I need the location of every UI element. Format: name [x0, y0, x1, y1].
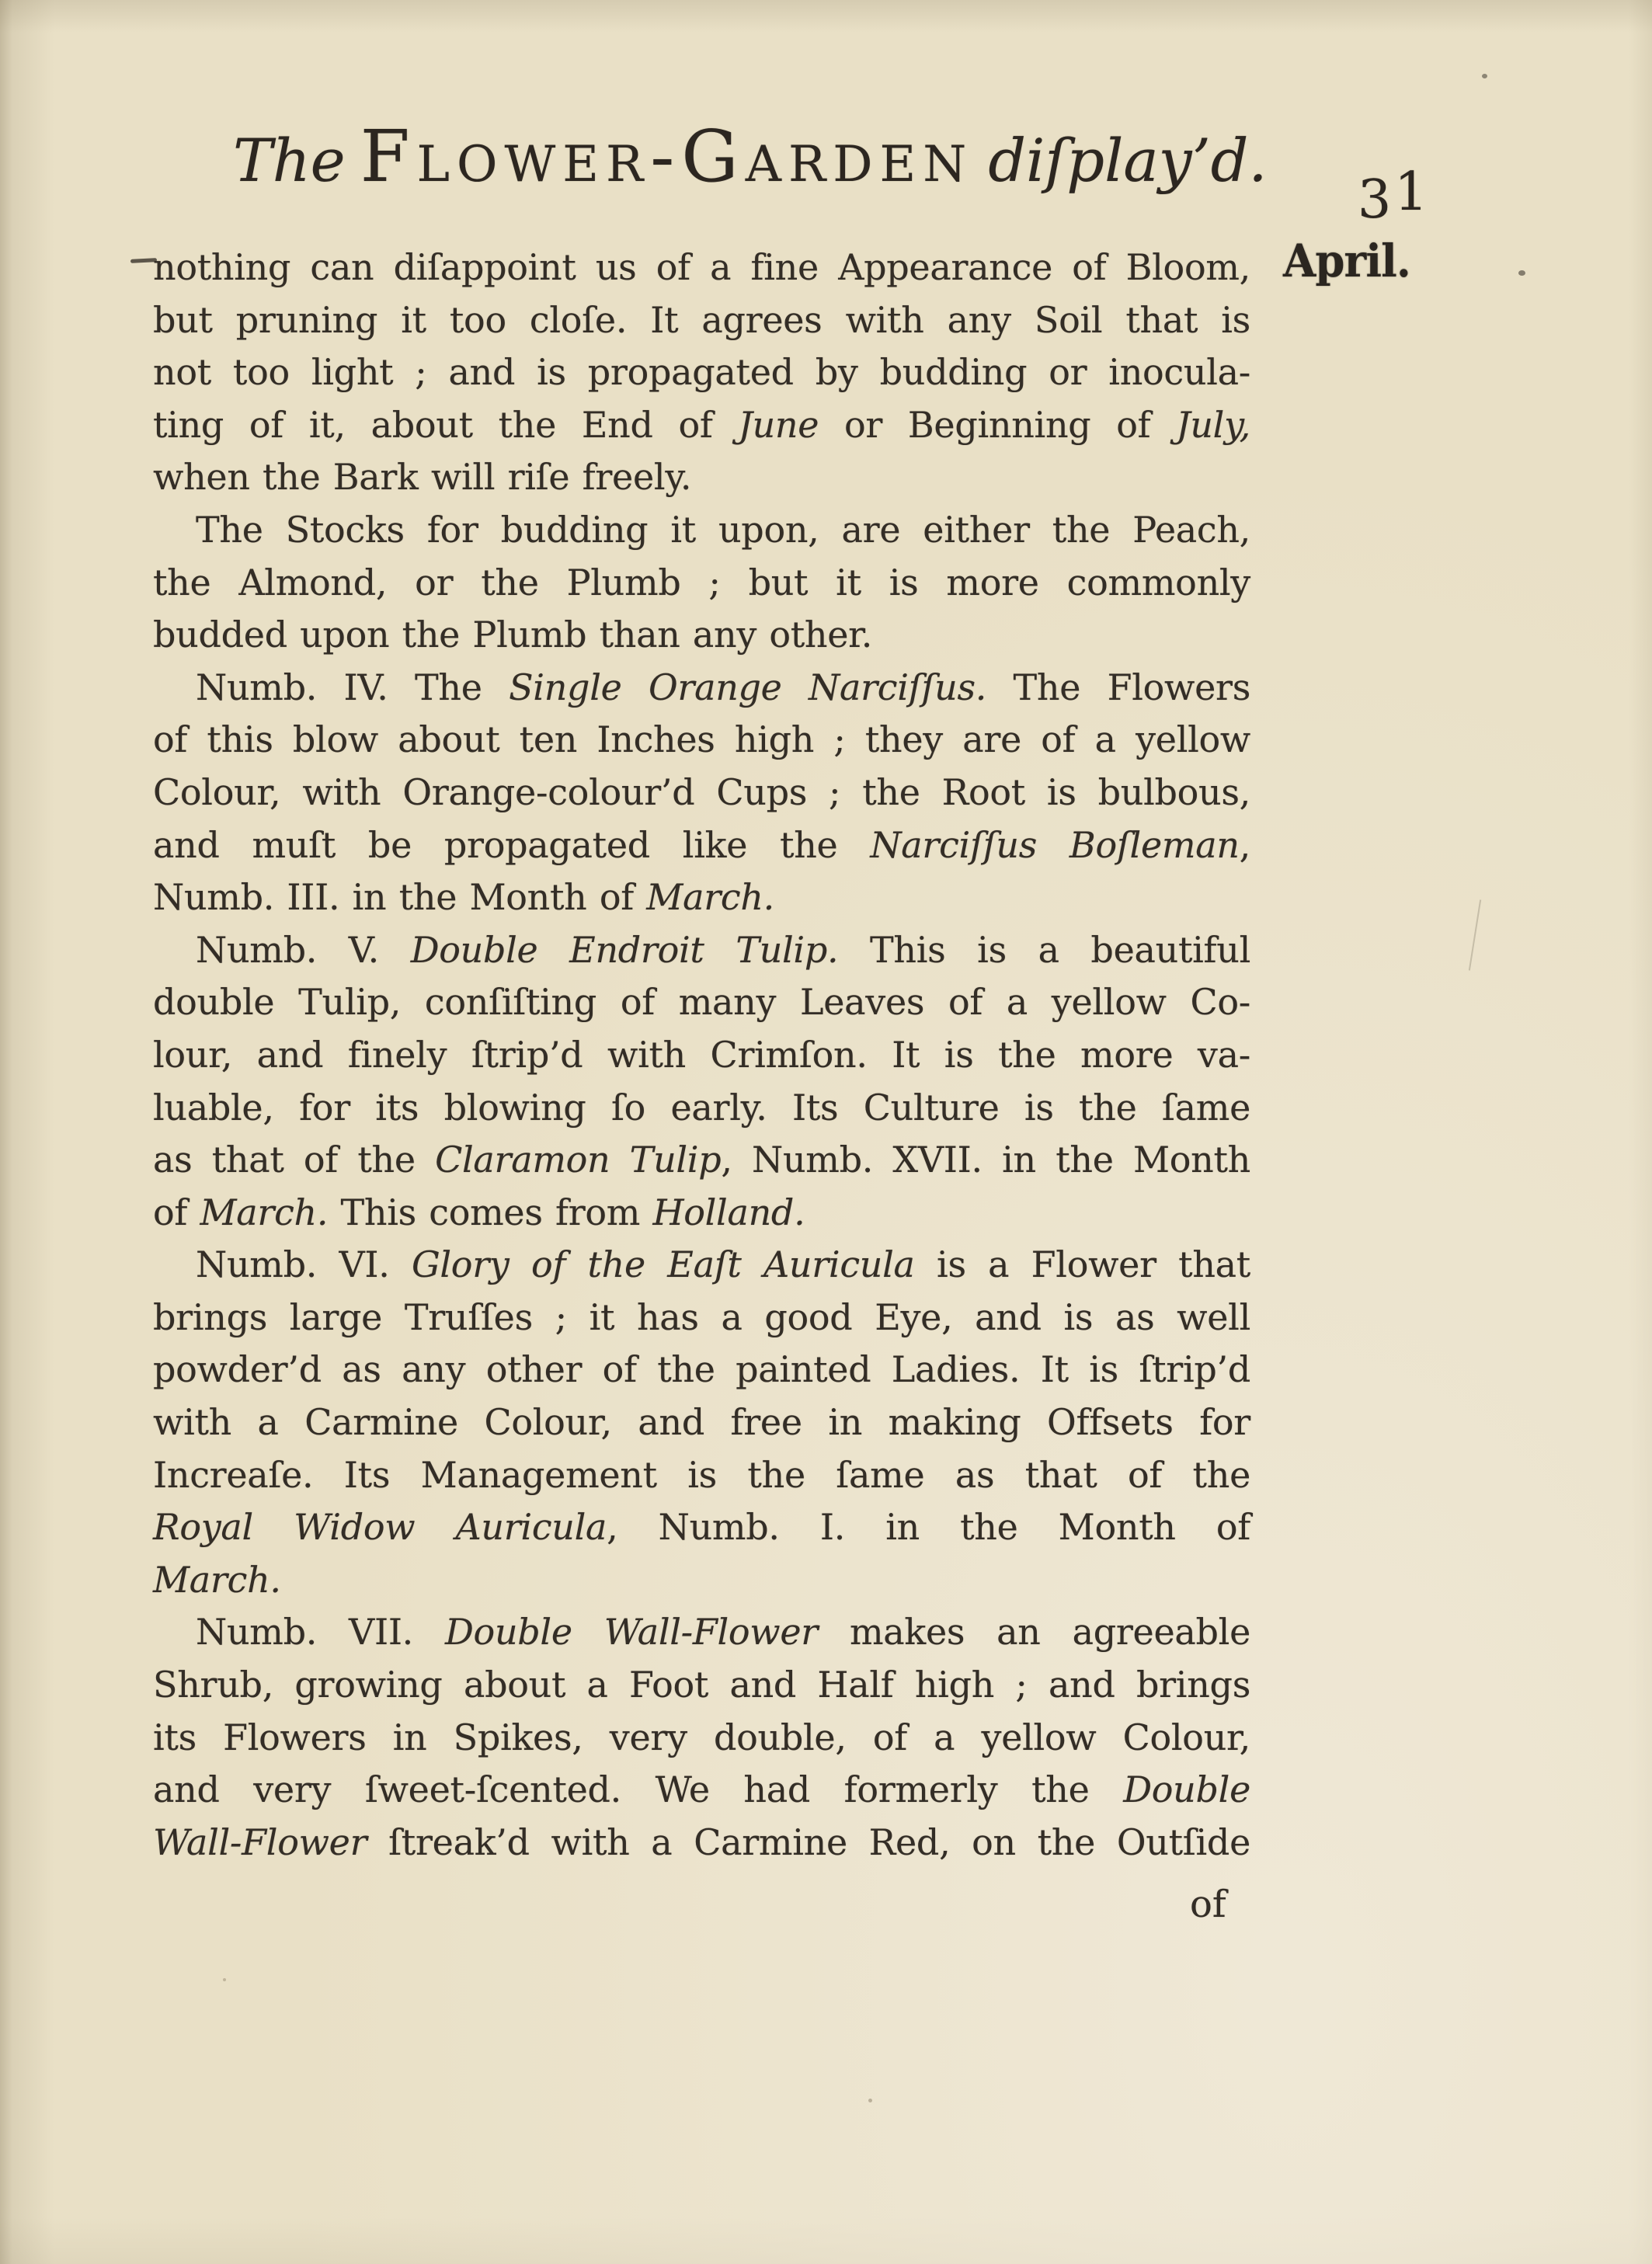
text-line: Wall-Flower ſtreak’d with a Carmine Red,…: [153, 1817, 1250, 1869]
paper-speck: [223, 1978, 226, 1981]
text-segment: lour, and finely ſtrip’d with Crimſon. I…: [153, 1034, 1250, 1076]
text-segment: This is a beautiful: [838, 929, 1250, 971]
text-segment: when the Bark will riſe freely.: [153, 456, 691, 498]
text-segment: not too light ; and is propagated by bud…: [153, 351, 1250, 393]
italic-text-segment: Double Wall-Flower: [445, 1611, 818, 1653]
italic-text-segment: Royal Widow Auricula: [153, 1506, 607, 1548]
text-segment: of: [153, 1191, 200, 1233]
paper-fiber: [1469, 899, 1481, 970]
text-line: with a Carmine Colour, and free in makin…: [153, 1396, 1250, 1449]
text-segment: The Stocks for budding it upon, are eith…: [196, 509, 1250, 551]
text-line: Numb. IV. The Single Orange Narciſſus. T…: [153, 662, 1250, 715]
text-line: March.: [153, 1554, 1250, 1607]
text-segment: Numb. V.: [196, 929, 411, 971]
text-line: double Tulip, conſiſting of many Leaves …: [153, 976, 1250, 1029]
text-line: its Flowers in Spikes, very double, of a…: [153, 1712, 1250, 1765]
text-line: the Almond, or the Plumb ; but it is mor…: [153, 557, 1250, 610]
text-segment: ,: [1240, 824, 1250, 866]
catchword: of: [1190, 1883, 1226, 1926]
text-segment: , Numb. I. in the Month of: [607, 1506, 1250, 1548]
text-line: Numb. VII. Double Wall-Flower makes an a…: [153, 1606, 1250, 1659]
text-line: not too light ; and is propagated by bud…: [153, 346, 1250, 399]
text-line: when the Bark will riſe freely.: [153, 451, 1250, 504]
text-segment: with a Carmine Colour, and free in makin…: [153, 1401, 1250, 1443]
text-line: powder’d as any other of the painted Lad…: [153, 1344, 1250, 1396]
body-text: nothing can diſappoint us of a fine Appe…: [153, 242, 1250, 1869]
italic-text-segment: Wall-Flower: [153, 1821, 367, 1863]
italic-text-segment: Holland.: [652, 1191, 805, 1233]
running-head-title: Flower-Garden: [360, 115, 974, 198]
page-number-digit: 1: [1394, 162, 1431, 223]
italic-text-segment: Narciſſus Boſleman: [870, 824, 1239, 866]
text-segment: ting of it, about the End of: [153, 404, 738, 446]
text-line: and muſt be propagated like the Narciſſu…: [153, 819, 1250, 872]
italic-text-segment: July,: [1176, 404, 1250, 446]
page-number-digit: 3: [1358, 169, 1394, 231]
italic-text-segment: March.: [153, 1559, 281, 1601]
paper-speck: [1518, 270, 1525, 276]
book-page: The Flower-Garden diſplay’d. 31 April. n…: [0, 0, 1652, 2264]
text-segment: double Tulip, conſiſting of many Leaves …: [153, 981, 1250, 1023]
text-line: of this blow about ten Inches high ; the…: [153, 714, 1250, 767]
text-line: Royal Widow Auricula, Numb. I. in the Mo…: [153, 1501, 1250, 1554]
text-segment: powder’d as any other of the painted Lad…: [153, 1348, 1250, 1390]
italic-text-segment: Single Orange Narciſſus.: [509, 666, 986, 708]
text-segment: Colour, with Orange-colour’d Cups ; the …: [153, 771, 1250, 813]
text-segment: as that of the: [153, 1139, 435, 1181]
text-line: brings large Truſſes ; it has a good Eye…: [153, 1292, 1250, 1344]
text-segment: the Almond, or the Plumb ; but it is mor…: [153, 562, 1250, 603]
text-segment: is a Flower that: [915, 1243, 1250, 1285]
text-segment: nothing can diſappoint us of a fine Appe…: [153, 246, 1250, 288]
text-segment: The Flowers: [986, 666, 1250, 708]
text-segment: or Beginning of: [819, 404, 1176, 446]
paper-speck: [1482, 74, 1487, 78]
running-head: The Flower-Garden diſplay’d.: [233, 115, 1268, 198]
text-line: luable, for its blowing ſo early. Its Cu…: [153, 1082, 1250, 1135]
text-line: Numb. V. Double Endroit Tulip. This is a…: [153, 924, 1250, 977]
text-line: ting of it, about the End of June or Beg…: [153, 399, 1250, 452]
text-line: Colour, with Orange-colour’d Cups ; the …: [153, 767, 1250, 819]
italic-text-segment: June: [738, 404, 819, 446]
italic-text-segment: Glory of the Eaſt Auricula: [412, 1243, 915, 1285]
text-segment: Increaſe. Its Management is the ſame as …: [153, 1454, 1250, 1496]
italic-text-segment: March.: [646, 876, 774, 918]
text-segment: ſtreak’d with a Carmine Red, on the Outſ…: [367, 1821, 1250, 1863]
text-segment: budded upon the Plumb than any other.: [153, 614, 872, 656]
text-line: and very ſweet-ſcented. We had formerly …: [153, 1764, 1250, 1817]
text-segment: Shrub, growing about a Foot and Half hig…: [153, 1664, 1250, 1706]
text-line: budded upon the Plumb than any other.: [153, 609, 1250, 662]
text-line: lour, and finely ſtrip’d with Crimſon. I…: [153, 1029, 1250, 1082]
paper-speck: [868, 2099, 872, 2102]
text-segment: makes an agreeable: [818, 1611, 1250, 1653]
text-line: Numb. III. in the Month of March.: [153, 871, 1250, 924]
text-segment: of this blow about ten Inches high ; the…: [153, 718, 1250, 760]
italic-text-segment: Claramon Tulip: [435, 1139, 721, 1181]
italic-text-segment: Double Endroit Tulip.: [411, 929, 839, 971]
text-segment: and muſt be propagated like the: [153, 824, 870, 866]
text-segment: brings large Truſſes ; it has a good Eye…: [153, 1296, 1250, 1338]
text-segment: Numb. VII.: [196, 1611, 445, 1653]
text-segment: and very ſweet-ſcented. We had formerly …: [153, 1768, 1123, 1810]
text-line: nothing can diſappoint us of a fine Appe…: [153, 242, 1250, 294]
text-segment: Numb. VI.: [196, 1243, 412, 1285]
text-segment: but pruning it too cloſe. It agrees with…: [153, 299, 1250, 341]
italic-text-segment: Double: [1123, 1768, 1250, 1810]
running-head-lead: The: [233, 126, 346, 195]
text-segment: its Flowers in Spikes, very double, of a…: [153, 1716, 1250, 1758]
margin-month-note: April.: [1283, 235, 1410, 287]
text-segment: Numb. III. in the Month of: [153, 876, 646, 918]
text-line: Shrub, growing about a Foot and Half hig…: [153, 1659, 1250, 1712]
text-line: as that of the Claramon Tulip, Numb. XVI…: [153, 1134, 1250, 1187]
text-segment: luable, for its blowing ſo early. Its Cu…: [153, 1087, 1250, 1129]
text-segment: , Numb. XVII. in the Month: [721, 1139, 1250, 1181]
page-number: 31: [1358, 162, 1431, 223]
text-line: of March. This comes from Holland.: [153, 1187, 1250, 1240]
text-segment: Numb. IV. The: [196, 666, 509, 708]
text-segment: This comes from: [328, 1191, 652, 1233]
running-head-trail: diſplay’d.: [988, 126, 1267, 195]
text-line: The Stocks for budding it upon, are eith…: [153, 504, 1250, 557]
text-line: but pruning it too cloſe. It agrees with…: [153, 294, 1250, 347]
italic-text-segment: March.: [200, 1191, 328, 1233]
text-line: Numb. VI. Glory of the Eaſt Auricula is …: [153, 1239, 1250, 1292]
text-line: Increaſe. Its Management is the ſame as …: [153, 1449, 1250, 1502]
